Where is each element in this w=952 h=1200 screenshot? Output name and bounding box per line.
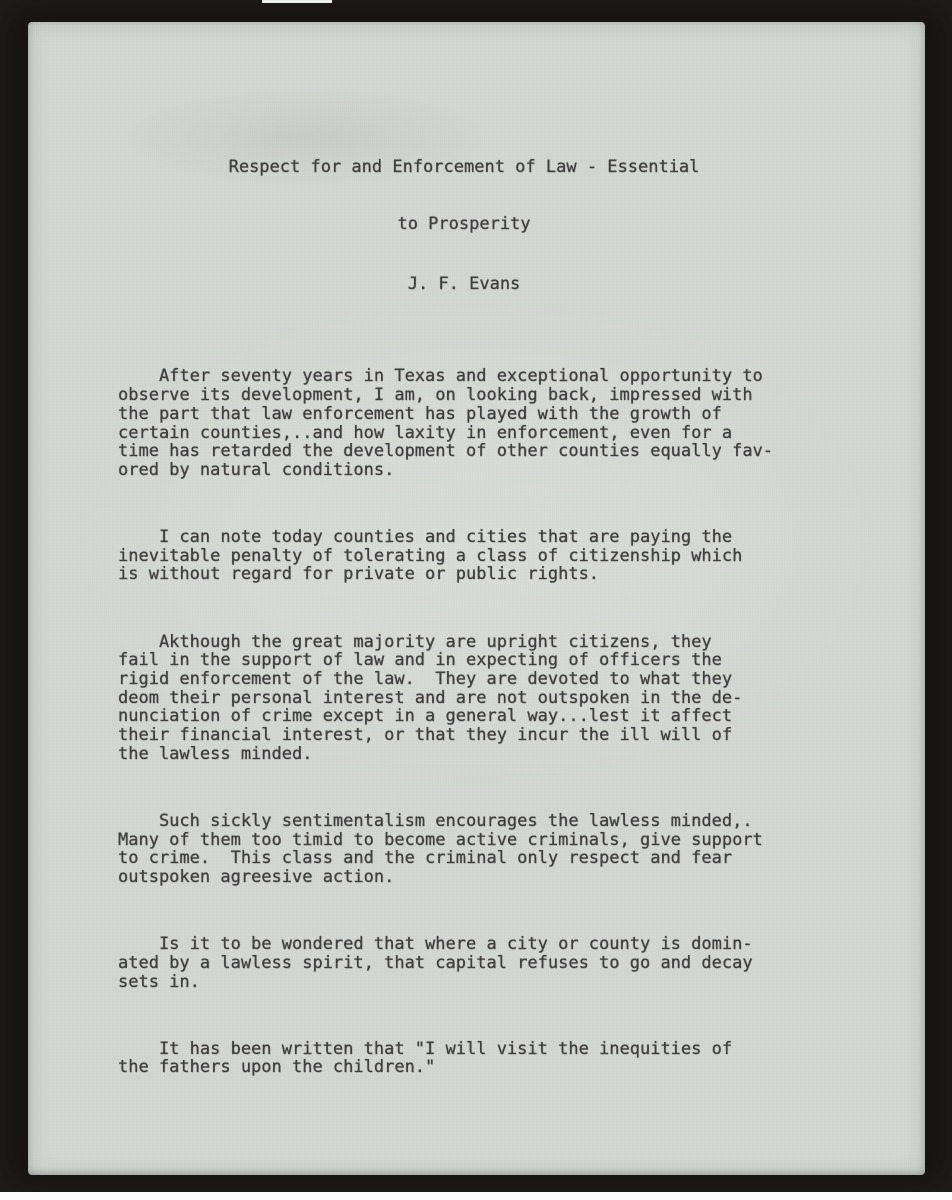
paragraph-5: Is it to be wondered that where a city o… bbox=[118, 935, 810, 991]
paragraph-1: After seventy years in Texas and excepti… bbox=[118, 367, 810, 479]
paragraph-4: Such sickly sentimentalism encourages th… bbox=[118, 812, 810, 887]
document-title-line2: to Prosperity bbox=[118, 215, 810, 234]
document-page: Respect for and Enforcement of Law - Ess… bbox=[28, 22, 925, 1175]
author-name: J. F. Evans bbox=[118, 275, 810, 294]
typewritten-text-block: Respect for and Enforcement of Law - Ess… bbox=[118, 121, 810, 1114]
paragraph-3: Akthough the great majority are upright … bbox=[118, 633, 810, 764]
scan-edge-artifact-bottom bbox=[0, 1192, 952, 1200]
scanned-photo: Respect for and Enforcement of Law - Ess… bbox=[0, 0, 952, 1200]
paragraph-2: I can note today counties and cities tha… bbox=[118, 528, 810, 584]
scan-edge-artifact-top bbox=[262, 0, 332, 3]
paragraph-6: It has been written that "I will visit t… bbox=[118, 1040, 810, 1077]
document-title-line1: Respect for and Enforcement of Law - Ess… bbox=[118, 158, 810, 177]
